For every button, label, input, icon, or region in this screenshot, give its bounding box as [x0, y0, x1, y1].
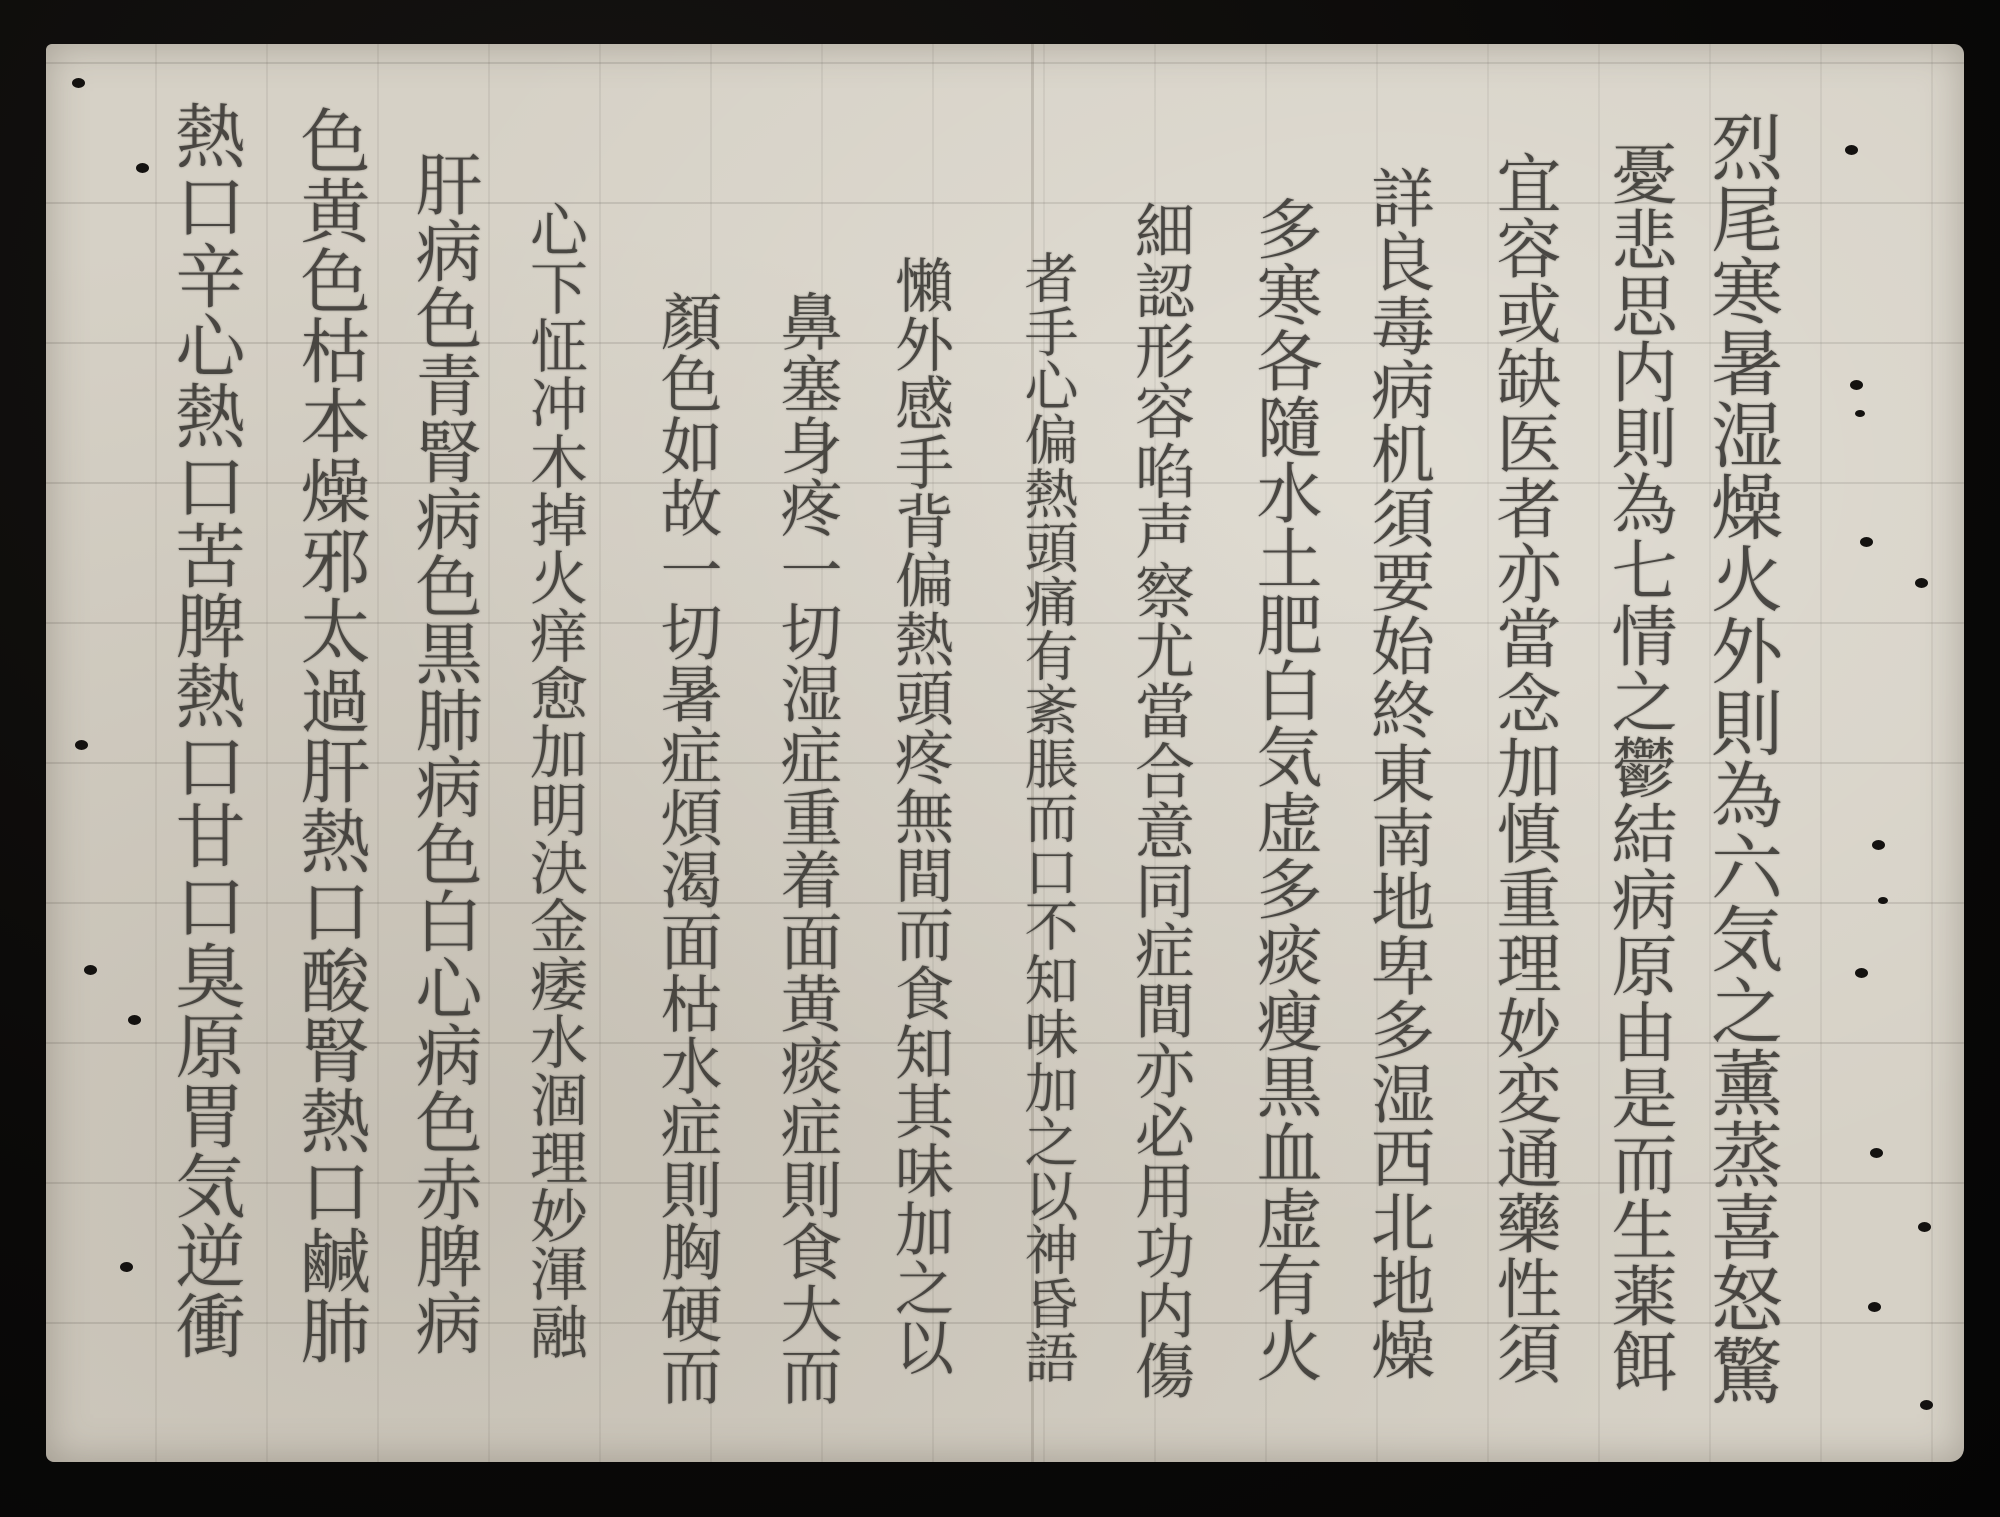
- binding-hole: [136, 163, 149, 173]
- binding-hole: [84, 965, 97, 975]
- binding-hole: [1870, 1148, 1883, 1158]
- text-column-1: 烈尾寒暑湿燥火外則為六気之薰蒸喜怒驚: [1705, 110, 1777, 1406]
- binding-hole: [1920, 1400, 1933, 1410]
- text-column-6: 細認形容啗声察尤當合意同症間亦必用功内傷: [1130, 200, 1190, 1400]
- text-column-12: 肝病色青腎病色黒肺病色白心病色赤脾病: [410, 150, 477, 1356]
- text-column-13: 色黄色枯本燥邪太過肝熱口酸腎熱口鹹肺: [295, 105, 365, 1365]
- binding-hole: [1855, 968, 1868, 978]
- text-column-14: 熱口辛心熱口苦脾熱口甘口臭原胃気逆衝: [170, 100, 240, 1360]
- binding-hole: [1918, 1222, 1931, 1232]
- text-column-4: 詳良毒病机須要始終東南地卑多湿西北地燥: [1365, 165, 1429, 1381]
- text-column-3: 宜容或缺医者亦當念加慎重理妙変通藥性須: [1490, 150, 1555, 1385]
- binding-hole: [1872, 840, 1885, 850]
- binding-hole: [72, 78, 85, 88]
- text-column-11: 心下怔冲木掉火痒愈加明決金痿水涸理妙渾融: [525, 200, 583, 1360]
- text-column-8: 懶外感手背偏熱頭疼無間而食知其味加之以: [890, 255, 949, 1376]
- binding-hole: [1855, 410, 1865, 417]
- binding-hole: [120, 1262, 133, 1272]
- text-column-2: 憂悲思内則為七情之鬱結病原由是而生薬餌: [1605, 140, 1671, 1394]
- text-column-9: 鼻塞身疼一切湿症重着面黄痰症則食大而: [775, 290, 837, 1406]
- text-column-5: 多寒各隨水土肥白気虚多痰瘦黒血虚有火: [1250, 195, 1316, 1383]
- binding-hole: [1868, 1302, 1881, 1312]
- binding-hole: [128, 1015, 141, 1025]
- binding-hole: [75, 740, 88, 750]
- binding-hole: [1915, 578, 1928, 588]
- binding-hole: [1878, 897, 1888, 904]
- text-column-7: 者手心偏熱頭痛有紊脹而口不知味加之以神昏語: [1020, 250, 1074, 1384]
- binding-hole: [1845, 145, 1858, 155]
- text-column-10: 顏色如故一切暑症煩渴面枯水症則胸硬而: [655, 290, 717, 1406]
- binding-hole: [1860, 537, 1873, 547]
- binding-hole: [1850, 380, 1863, 390]
